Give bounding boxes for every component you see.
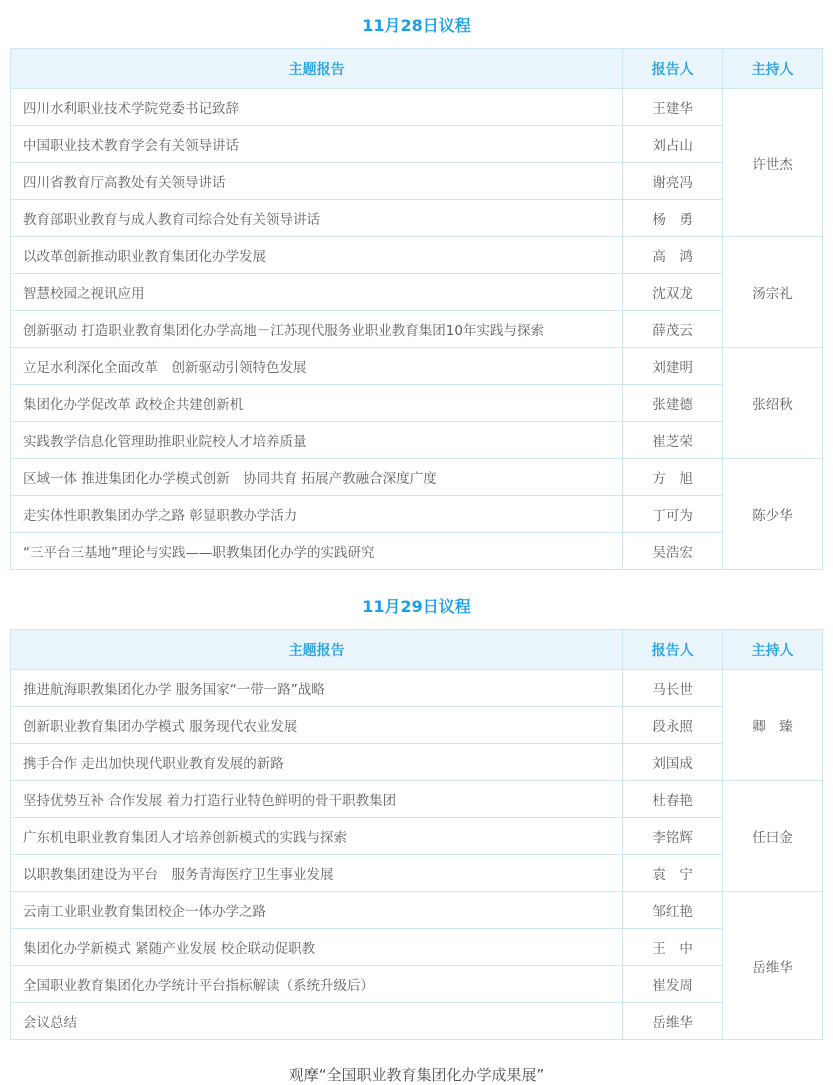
agenda-table-nov29: 主题报告 报告人 主持人 推进航海职教集团化办学 服务国家“一带一路”战略马长世…: [10, 629, 823, 1040]
column-header-reporter: 报告人: [623, 49, 723, 89]
agenda-row: 走实体性职教集团办学之路 彰显职教办学活力丁可为: [11, 496, 823, 533]
agenda-row: 会议总结岳维华: [11, 1003, 823, 1040]
topic-cell: 坚持优势互补 合作发展 着力打造行业特色鲜明的骨干职教集团: [11, 781, 623, 818]
topic-cell: 会议总结: [11, 1003, 623, 1040]
reporter-cell: 高 鸿: [623, 237, 723, 274]
table-header-row: 主题报告 报告人 主持人: [11, 49, 823, 89]
column-header-host: 主持人: [723, 49, 823, 89]
agenda-row: 立足水利深化全面改革 创新驱动引领特色发展刘建明张绍秋: [11, 348, 823, 385]
reporter-cell: 崔发周: [623, 966, 723, 1003]
agenda-row: 四川水利职业技术学院党委书记致辞王建华许世杰: [11, 89, 823, 126]
agenda-row: 中国职业技术教育学会有关领导讲话刘占山: [11, 126, 823, 163]
topic-cell: 中国职业技术教育学会有关领导讲话: [11, 126, 623, 163]
agenda-row: 创新职业教育集团办学模式 服务现代农业发展段永照: [11, 707, 823, 744]
agenda-row: 以改革创新推动职业教育集团化办学发展高 鸿汤宗礼: [11, 237, 823, 274]
agenda-row: 创新驱动 打造职业教育集团化办学高地－江苏现代服务业职业教育集团10年实践与探索…: [11, 311, 823, 348]
topic-cell: 推进航海职教集团化办学 服务国家“一带一路”战略: [11, 670, 623, 707]
agenda-row: 推进航海职教集团化办学 服务国家“一带一路”战略马长世卿 臻: [11, 670, 823, 707]
topic-cell: 创新职业教育集团办学模式 服务现代农业发展: [11, 707, 623, 744]
agenda-row: 集团化办学促改革 政校企共建创新机张建德: [11, 385, 823, 422]
column-header-reporter: 报告人: [623, 630, 723, 670]
topic-cell: 以改革创新推动职业教育集团化办学发展: [11, 237, 623, 274]
reporter-cell: 王建华: [623, 89, 723, 126]
reporter-cell: 王 中: [623, 929, 723, 966]
agenda-row: 区域一体 推进集团化办学模式创新 协同共育 拓展产教融合深度广度方 旭陈少华: [11, 459, 823, 496]
reporter-cell: 谢亮冯: [623, 163, 723, 200]
agenda-title-nov28: 11月28日议程: [0, 0, 833, 36]
column-header-topic: 主题报告: [11, 49, 623, 89]
agenda-row: 教育部职业教育与成人教育司综合处有关领导讲话杨 勇: [11, 200, 823, 237]
reporter-cell: 吴浩宏: [623, 533, 723, 570]
topic-cell: 云南工业职业教育集团校企一体办学之路: [11, 892, 623, 929]
agenda-row: “三平台三基地”理论与实践——职教集团化办学的实践研究吴浩宏: [11, 533, 823, 570]
topic-cell: 智慧校园之视讯应用: [11, 274, 623, 311]
topic-cell: 创新驱动 打造职业教育集团化办学高地－江苏现代服务业职业教育集团10年实践与探索: [11, 311, 623, 348]
topic-cell: 立足水利深化全面改革 创新驱动引领特色发展: [11, 348, 623, 385]
host-cell: 任曰金: [723, 781, 823, 892]
topic-cell: 区域一体 推进集团化办学模式创新 协同共育 拓展产教融合深度广度: [11, 459, 623, 496]
agenda-row: 以职教集团建设为平台 服务青海医疗卫生事业发展袁 宁: [11, 855, 823, 892]
agenda-row: 坚持优势互补 合作发展 着力打造行业特色鲜明的骨干职教集团杜春艳任曰金: [11, 781, 823, 818]
agenda-row: 实践教学信息化管理助推职业院校人才培养质量崔芝荣: [11, 422, 823, 459]
agenda-row: 携手合作 走出加快现代职业教育发展的新路刘国成: [11, 744, 823, 781]
reporter-cell: 杨 勇: [623, 200, 723, 237]
reporter-cell: 方 旭: [623, 459, 723, 496]
agenda-row: 智慧校园之视讯应用沈双龙: [11, 274, 823, 311]
reporter-cell: 丁可为: [623, 496, 723, 533]
host-cell: 张绍秋: [723, 348, 823, 459]
reporter-cell: 刘建明: [623, 348, 723, 385]
topic-cell: 集团化办学促改革 政校企共建创新机: [11, 385, 623, 422]
reporter-cell: 沈双龙: [623, 274, 723, 311]
reporter-cell: 张建德: [623, 385, 723, 422]
column-header-host: 主持人: [723, 630, 823, 670]
topic-cell: 四川水利职业技术学院党委书记致辞: [11, 89, 623, 126]
topic-cell: 实践教学信息化管理助推职业院校人才培养质量: [11, 422, 623, 459]
reporter-cell: 袁 宁: [623, 855, 723, 892]
column-header-topic: 主题报告: [11, 630, 623, 670]
topic-cell: 集团化办学新模式 紧随产业发展 校企联动促职教: [11, 929, 623, 966]
host-cell: 岳维华: [723, 892, 823, 1040]
topic-cell: 广东机电职业教育集团人才培养创新模式的实践与探索: [11, 818, 623, 855]
topic-cell: 四川省教育厅高教处有关领导讲话: [11, 163, 623, 200]
topic-cell: 全国职业教育集团化办学统计平台指标解读（系统升级后）: [11, 966, 623, 1003]
agenda-row: 云南工业职业教育集团校企一体办学之路邹红艳岳维华: [11, 892, 823, 929]
reporter-cell: 薛茂云: [623, 311, 723, 348]
reporter-cell: 崔芝荣: [623, 422, 723, 459]
host-cell: 陈少华: [723, 459, 823, 570]
reporter-cell: 杜春艳: [623, 781, 723, 818]
reporter-cell: 岳维华: [623, 1003, 723, 1040]
topic-cell: 教育部职业教育与成人教育司综合处有关领导讲话: [11, 200, 623, 237]
agenda-title-nov29: 11月29日议程: [0, 597, 833, 617]
topic-cell: 携手合作 走出加快现代职业教育发展的新路: [11, 744, 623, 781]
reporter-cell: 李铭辉: [623, 818, 723, 855]
reporter-cell: 刘国成: [623, 744, 723, 781]
topic-cell: 走实体性职教集团办学之路 彰显职教办学活力: [11, 496, 623, 533]
reporter-cell: 马长世: [623, 670, 723, 707]
agenda-table-nov28: 主题报告 报告人 主持人 四川水利职业技术学院党委书记致辞王建华许世杰中国职业技…: [10, 48, 823, 570]
host-cell: 许世杰: [723, 89, 823, 237]
agenda-row: 四川省教育厅高教处有关领导讲话谢亮冯: [11, 163, 823, 200]
table-header-row: 主题报告 报告人 主持人: [11, 630, 823, 670]
reporter-cell: 邹红艳: [623, 892, 723, 929]
agenda-row: 全国职业教育集团化办学统计平台指标解读（系统升级后）崔发周: [11, 966, 823, 1003]
agenda-row: 集团化办学新模式 紧随产业发展 校企联动促职教王 中: [11, 929, 823, 966]
host-cell: 汤宗礼: [723, 237, 823, 348]
topic-cell: 以职教集团建设为平台 服务青海医疗卫生事业发展: [11, 855, 623, 892]
topic-cell: “三平台三基地”理论与实践——职教集团化办学的实践研究: [11, 533, 623, 570]
agenda-row: 广东机电职业教育集团人才培养创新模式的实践与探索李铭辉: [11, 818, 823, 855]
host-cell: 卿 臻: [723, 670, 823, 781]
exhibition-note: 观摩“全国职业教育集团化办学成果展”: [0, 1064, 833, 1085]
reporter-cell: 刘占山: [623, 126, 723, 163]
reporter-cell: 段永照: [623, 707, 723, 744]
